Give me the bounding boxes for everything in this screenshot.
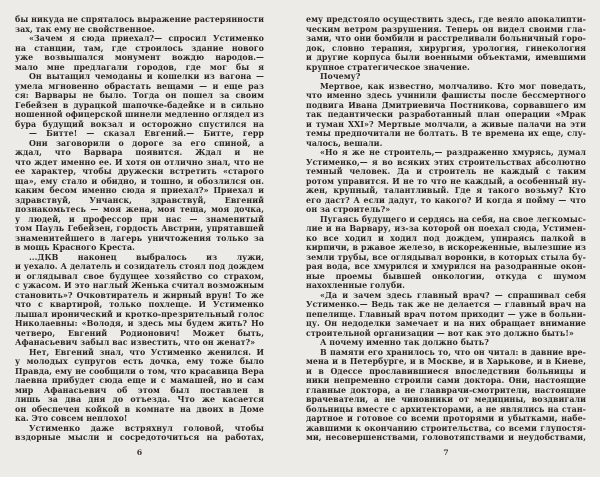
text-line: у молодых супругов есть дочка, ему тоже …: [15, 357, 264, 367]
text-line: уже возвышался монумент вождю народов.— …: [15, 53, 264, 63]
text-line: мир Афанасьевич об этом был поставлен в …: [15, 386, 264, 396]
text-line: темы предпочитали не болтать. В те време…: [306, 129, 586, 139]
right-page: ему предстояло осуществить здесь, где ве…: [306, 15, 586, 457]
text-line: А почему именно так должно быть?: [306, 338, 586, 348]
text-line: крупное стратегическое значение.: [306, 63, 586, 73]
text-line: Мертвое, как известно, молчаливо. Кто мо…: [306, 82, 586, 92]
text-line: зами, что они бомбили и расстреливали бо…: [306, 34, 586, 44]
text-line: Пугаясь будущего и сердясь на себя, на с…: [306, 215, 586, 225]
text-line: ко все ходил и ходил под дождем, упираяс…: [306, 234, 586, 244]
text-line: лишь за два дня до отъезда. Что же касае…: [15, 395, 264, 405]
text-line: Они заговорили о дороге за его спиной, а…: [15, 139, 264, 149]
right-page-text: ему предстояло осуществить здесь, где ве…: [306, 15, 586, 443]
text-line: том Пауль Гебейзен, гордость Австрии, уп…: [15, 224, 264, 234]
text-line: Гебейзен в дурацкой шапочке-бадейке и в …: [15, 101, 264, 111]
text-line: лие и на Варвару, из-за которой он поеха…: [306, 224, 586, 234]
text-line: Устименко.— Ведь так же не делается — гл…: [306, 300, 586, 310]
text-line: ему предстояло осуществить здесь, где ве…: [306, 15, 586, 25]
text-line: Николаевны: «Володя, и здесь мы будем жи…: [15, 319, 264, 329]
text-line: у людей, и профессор при нас — знамениты…: [15, 215, 264, 225]
page-number-right: 7: [306, 448, 586, 457]
book-spread: бы никуда не спряталось выражение растер…: [0, 0, 600, 477]
text-line: ные проемы бывшей онкологии, откуда с шу…: [306, 272, 586, 282]
text-line: ...ДКВ наконец выбралось из лужи, развер…: [15, 253, 264, 263]
text-line: подвига Ивана Дмитриевича Постникова, со…: [306, 101, 586, 111]
text-line: знаменитейшего в лагерь уничтожения толь…: [15, 234, 264, 244]
text-line: В памяти его хранилось то, что он читал:…: [306, 348, 586, 358]
text-line: зах, так ему не свойственное.: [15, 25, 264, 35]
text-line: мена и в Петербурге, и в Москве, и в Хар…: [306, 357, 586, 367]
left-page: бы никуда не спряталось выражение растер…: [15, 15, 264, 457]
text-line: рая вода, все хмурился и хмурился на раз…: [306, 262, 586, 272]
text-line: темный человек. Да и строитель не каждый…: [306, 167, 586, 177]
text-line: бура будущий вокзал и осторожно спустилс…: [15, 120, 264, 130]
text-line: Он вытащил чемоданы и кошелки из вагона …: [15, 72, 264, 82]
text-line: лаевна прибудет сюда еще и с мамашей, но…: [15, 376, 264, 386]
text-line: ее характер, чтобы дружески встретить «с…: [15, 167, 264, 177]
text-line: ческим ветром разрушения. Теперь он виде…: [306, 25, 586, 35]
text-line: жавшими к окончанию строительства, со вс…: [306, 424, 586, 434]
text-line: док, словно терапия, хирургия, урология,…: [306, 44, 586, 54]
text-line: врачеватели, а не чиновники от медицины,…: [306, 395, 586, 405]
text-line: больницы вместе с архитекторами, а не яв…: [306, 405, 586, 415]
text-line: лышал иронический и кротко-презрительный…: [15, 310, 264, 320]
text-line: мало мне предлагали городов, где мог бы …: [15, 63, 264, 73]
text-line: Афанасьевич забыл вас известить, что он …: [15, 338, 264, 348]
text-line: дартное и готовое со всеми проторями и у…: [306, 414, 586, 424]
text-line: «Но я же не строитель,— раздраженно хмур…: [306, 148, 586, 158]
text-line: вздорные мысли и сосредоточиться на рабо…: [15, 433, 264, 443]
text-line: становить»? Очковтиратель и жирный врун!…: [15, 291, 264, 301]
text-line: Устименко,— я во всяких этих строительст…: [306, 158, 586, 168]
text-line: жен, крупный, талантливый. Где я такого …: [306, 186, 586, 196]
text-line: он обеспечен койкой в комнате на двоих в…: [15, 405, 264, 415]
text-line: кирпичи, в ржавое железо, в искореженные…: [306, 243, 586, 253]
text-line: каким бесом именно сюда я приехал?» Прие…: [15, 186, 264, 196]
text-line: четверо, Евгений Родионович! Может быть,…: [15, 329, 264, 339]
text-line: и другие корпуса были военными объектами…: [306, 53, 586, 63]
text-line: строительной организации — вот как это д…: [306, 329, 586, 339]
text-line: цу. Он недоделки замечает и на них обращ…: [306, 319, 586, 329]
text-line: земли трубы, все оглядывал воронки, в ко…: [306, 253, 586, 263]
text-line: ми, несовершенствами, головотяпствами и …: [306, 433, 586, 443]
text-line: так педантически разработанный план опер…: [306, 110, 586, 120]
text-line: — Битте! — сказал Евгений.— Битте, герр …: [15, 129, 264, 139]
text-line: Почему?: [306, 72, 586, 82]
text-line: здравствуй, Унчанск, здравствуй, Евгений…: [15, 196, 264, 206]
text-line: умела мгновенно обрастать вещами — и еще…: [15, 82, 264, 92]
text-line: Правда, ему не сообщили о том, что краса…: [15, 367, 264, 377]
text-line: познакомьтесь — моя жена, моя теща, моя …: [15, 205, 264, 215]
text-line: и туман XXI»? Мертвые молчали, а живые п…: [306, 120, 586, 130]
text-line: ща», ему стало и обидно, и тошно, и обоз…: [15, 177, 264, 187]
text-line: с ужасом. И это наглый Женька считал воз…: [15, 281, 264, 291]
text-line: Устименко даже встряхнул головой, чтобы …: [15, 424, 264, 434]
text-line: Нет, Евгений знал, что Устименко женился…: [15, 348, 264, 358]
text-line: что с квартирой, только похлеще. И Устим…: [15, 300, 264, 310]
text-line: ждал, что Варвара появится. Ждал и не пр…: [15, 148, 264, 158]
page-number-left: 6: [15, 448, 264, 457]
text-line: что ждет именно ее. И хотя он отлично зн…: [15, 158, 264, 168]
text-line: главные доктора, а не главврачи-смотрите…: [306, 386, 586, 396]
text-line: нахохленные голуби.: [306, 281, 586, 291]
text-line: бы никуда не спряталось выражение растер…: [15, 15, 264, 25]
text-line: и оглядывал свое будущее хозяйство со ст…: [15, 272, 264, 282]
text-line: что именно здесь учинили фашисты после б…: [306, 91, 586, 101]
text-line: и в Одессе прославившиеся впоследствии б…: [306, 367, 586, 377]
text-line: пепелище. Главный врач потом приходит — …: [306, 310, 586, 320]
text-line: ся: Варвары не было. Тогда он пошел за с…: [15, 91, 264, 101]
text-line: ношенной офицерской шинели медленно огля…: [15, 110, 264, 120]
text-line: ка. Это совсем неплохо!: [15, 414, 264, 424]
left-page-text: бы никуда не спряталось выражение растер…: [15, 15, 264, 443]
text-line: на станции, там, где строилось здание но…: [15, 44, 264, 54]
text-line: он за строитель?»: [306, 205, 586, 215]
text-line: ротом управится. И не то что не каждый, …: [306, 177, 586, 187]
text-line: и уехало. А делатель и созидатель стоял …: [15, 262, 264, 272]
text-line: «Зачем я сюда приехал?— спросил Устименк…: [15, 34, 264, 44]
text-line: чалось, вешали.: [306, 139, 586, 149]
text-line: ники непременно строили сами доктора. Он…: [306, 376, 586, 386]
text-line: «Да и зачем здесь главный врач? — спраши…: [306, 291, 586, 301]
text-line: в мощь Красного Креста.: [15, 243, 264, 253]
text-line: его даст? А если дадут, то какого? И ког…: [306, 196, 586, 206]
